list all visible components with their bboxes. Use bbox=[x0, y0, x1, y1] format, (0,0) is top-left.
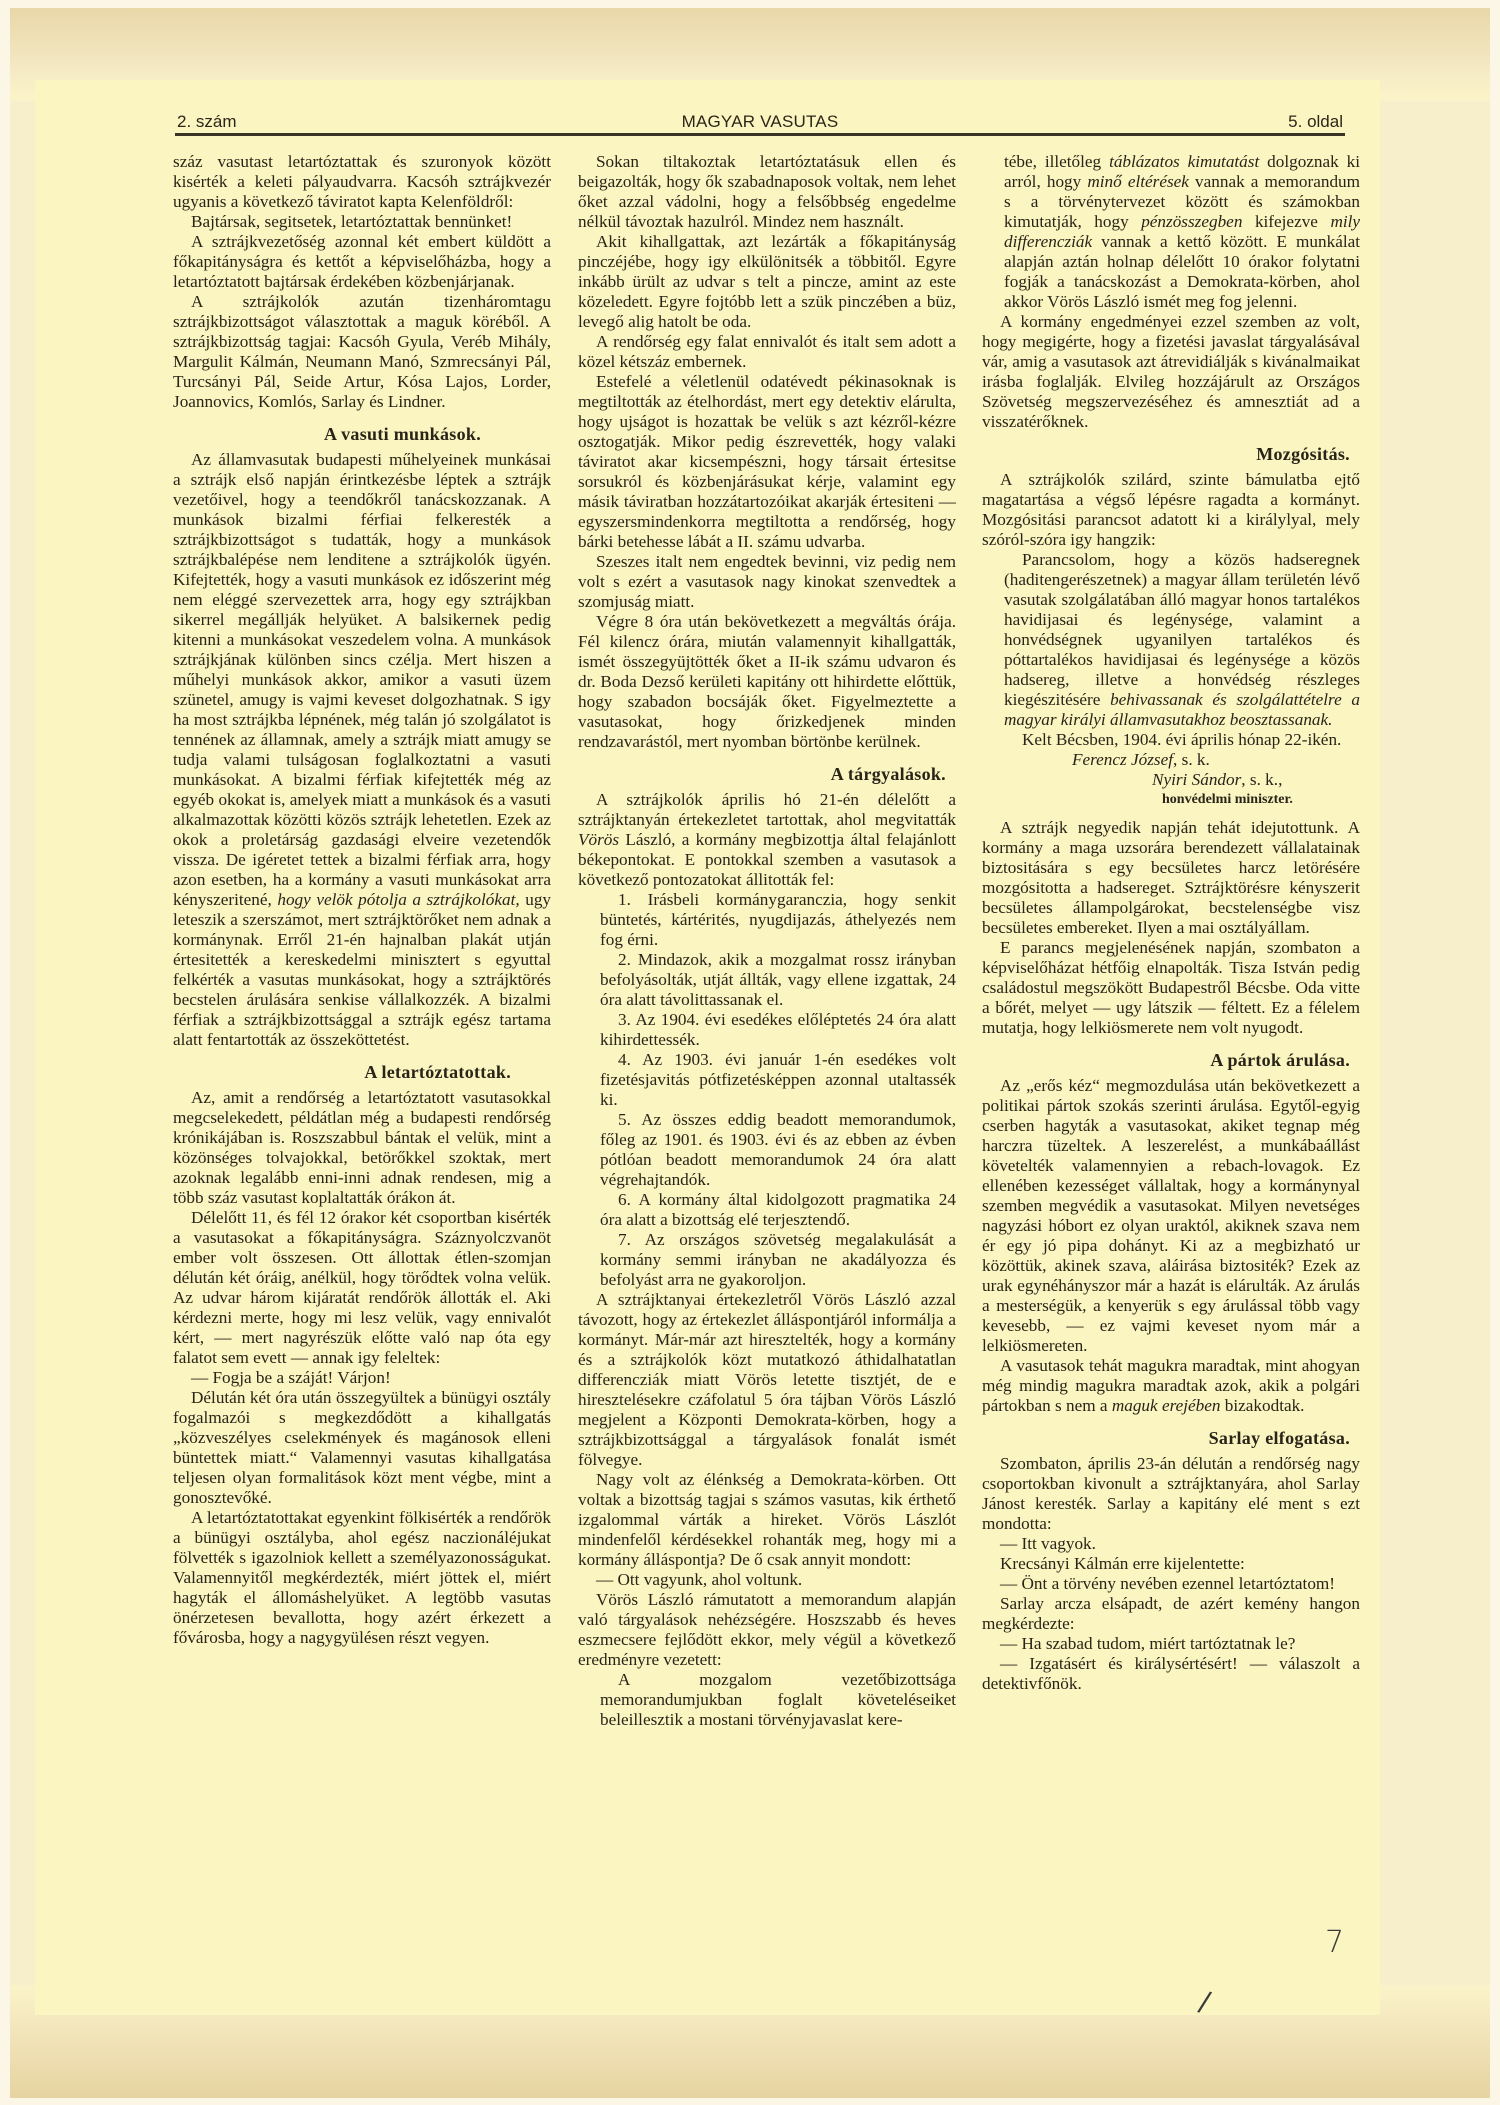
paragraph: Nagy volt az élénkség a Demokrata-körben… bbox=[578, 1470, 956, 1570]
paragraph: Szombaton, április 23-án délután a rendő… bbox=[982, 1454, 1360, 1534]
paragraph: Akit kihallgattak, azt lezárták a főkapi… bbox=[578, 232, 956, 332]
paragraph: A letartóztatottakat egyenkint fölkisért… bbox=[173, 1508, 551, 1648]
paragraph: A sztrájkolók azután tizenháromtagu sztr… bbox=[173, 292, 551, 412]
agreement-quote: A mozgalom vezetőbizottsága memorandumju… bbox=[578, 1670, 956, 1730]
text-run: Az államvasutak budapesti műhelyeinek mu… bbox=[173, 450, 551, 909]
dialogue-line: — Itt vagyok. bbox=[982, 1534, 1360, 1554]
signature-nyiri-sandor: Nyiri Sándor, s. k., bbox=[982, 770, 1360, 790]
signature-title: honvédelmi miniszter. bbox=[982, 790, 1360, 810]
section-heading-mozgositas: Mozgósitás. bbox=[982, 444, 1360, 464]
paragraph: A sztrájkolók szilárd, szinte bámulatba … bbox=[982, 470, 1360, 550]
paragraph: Az államvasutak budapesti műhelyeinek mu… bbox=[173, 450, 551, 1050]
italic-text: Vörös bbox=[578, 830, 619, 849]
paragraph: Délelőtt 11, és fél 12 órakor két csopor… bbox=[173, 1208, 551, 1368]
section-heading-sarlay-elfogatasa: Sarlay elfogatása. bbox=[982, 1428, 1360, 1448]
paragraph: A sztrájkvezetőség azonnal két embert kü… bbox=[173, 232, 551, 292]
newspaper-title: MAGYAR VASUTAS bbox=[175, 112, 1345, 132]
paragraph: A rendőrség egy falat ennivalót és italt… bbox=[578, 332, 956, 372]
paragraph: Végre 8 óra után bekövetkezett a megvált… bbox=[578, 612, 956, 752]
demand-item: 2. Mindazok, akik a mozgalmat rossz irán… bbox=[578, 950, 956, 1010]
column-1: száz vasutast letartóztattak és szuronyo… bbox=[173, 152, 551, 1648]
dialogue-line: — Izgatásért és királysértésért! — válas… bbox=[982, 1654, 1360, 1694]
signature-name: Ferencz József bbox=[1072, 750, 1173, 769]
dialogue-line: — Ha szabad tudom, miért tartóztatnak le… bbox=[982, 1634, 1360, 1654]
royal-decree-quote: Parancsolom, hogy a közös hadseregnek (h… bbox=[982, 550, 1360, 730]
demand-item: 1. Irásbeli kormánygaranczia, hogy senki… bbox=[578, 890, 956, 950]
section-heading-vasuti-munkasok: A vasuti munkások. bbox=[173, 424, 551, 444]
agreement-quote-continued: tébe, illetőleg táblázatos kimutatást do… bbox=[982, 152, 1360, 312]
section-heading-partok-arulasa: A pártok árulása. bbox=[982, 1050, 1360, 1070]
text-run: ugy leteszik a szerszámot, mert sztrájkt… bbox=[173, 890, 551, 1049]
demand-item: 4. Az 1903. évi január 1-én esedékes vol… bbox=[578, 1050, 956, 1110]
dialogue-line: — Ott vagyunk, ahol voltunk. bbox=[578, 1570, 956, 1590]
page-header: 2. szám MAGYAR VASUTAS 5. oldal bbox=[175, 107, 1345, 136]
paragraph: A sztrájk negyedik napján tehát idejutot… bbox=[982, 818, 1360, 938]
column-2: Sokan tiltakoztak letartóztatásuk ellen … bbox=[578, 152, 956, 1730]
text-run: tébe, illetőleg bbox=[1004, 152, 1101, 171]
italic-text: táblázatos kimutatást bbox=[1109, 152, 1259, 171]
paragraph: E parancs megjelenésének napján, szombat… bbox=[982, 938, 1360, 1038]
section-heading-targyalasok: A tárgyalások. bbox=[578, 764, 956, 784]
paragraph: Sarlay arcza elsápadt, de azért kemény h… bbox=[982, 1594, 1360, 1634]
dialogue-line: — Önt a törvény nevében ezennel letartóz… bbox=[982, 1574, 1360, 1594]
page-number: 5. oldal bbox=[1288, 112, 1343, 132]
paragraph: Délután két óra után összegyültek a bünü… bbox=[173, 1388, 551, 1508]
paragraph: A kormány engedményei ezzel szemben az v… bbox=[982, 312, 1360, 432]
paragraph: Az, amit a rendőrség a letartóztatott va… bbox=[173, 1088, 551, 1208]
demand-item: 7. Az országos szövetség megalakulását a… bbox=[578, 1230, 956, 1290]
text-run: Parancsolom, hogy a közös hadseregnek (h… bbox=[1004, 550, 1360, 709]
decree-date: Kelt Bécsben, 1904. évi április hónap 22… bbox=[982, 730, 1360, 750]
demand-item: 6. A kormány által kidolgozott pragmatik… bbox=[578, 1190, 956, 1230]
text-run: A sztrájkolók április hó 21-én délelőtt … bbox=[578, 790, 956, 829]
demands-list: 1. Irásbeli kormánygaranczia, hogy senki… bbox=[578, 890, 956, 1290]
signature-ferencz-jozsef: Ferencz József, s. k. bbox=[982, 750, 1360, 770]
paragraph: Sokan tiltakoztak letartóztatásuk ellen … bbox=[578, 152, 956, 232]
paragraph: A sztrájktanyai értekezletről Vörös Lász… bbox=[578, 1290, 956, 1470]
handwritten-page-number: 7 bbox=[1325, 1925, 1344, 1960]
signature-suffix: , s. k. bbox=[1173, 750, 1210, 769]
italic-text: pénzösszegben bbox=[1141, 212, 1242, 231]
paragraph: Szeszes italt nem engedtek bevinni, viz … bbox=[578, 552, 956, 612]
signature-name: Nyiri Sándor bbox=[1152, 770, 1241, 789]
dialogue-line: — Fogja be a száját! Várjon! bbox=[173, 1368, 551, 1388]
demand-item: 5. Az összes eddig beadott memorandumok,… bbox=[578, 1110, 956, 1190]
paragraph: Krecsányi Kálmán erre kijelentette: bbox=[982, 1554, 1360, 1574]
text-run: bizakodtak. bbox=[1225, 1396, 1305, 1415]
paragraph: Vörös László rámutatott a memorandum ala… bbox=[578, 1590, 956, 1670]
paragraph: száz vasutast letartóztattak és szuronyo… bbox=[173, 152, 551, 212]
column-3: tébe, illetőleg táblázatos kimutatást do… bbox=[982, 152, 1360, 1694]
text-run: kifejezve bbox=[1255, 212, 1318, 231]
section-heading-letartoztatottak: A letartóztatottak. bbox=[173, 1062, 551, 1082]
italic-text: hogy velök pótolja a sztrájkolókat, bbox=[277, 890, 519, 909]
text-run: László, a kormány megbizottja által fela… bbox=[578, 830, 956, 889]
paragraph: A sztrájkolók április hó 21-én délelőtt … bbox=[578, 790, 956, 890]
telegram-quote: Bajtársak, segitsetek, letartóztattak be… bbox=[173, 212, 551, 232]
italic-text: minő eltérések bbox=[1087, 172, 1189, 191]
italic-text: maguk erejében bbox=[1112, 1396, 1221, 1415]
signature-suffix: , s. k., bbox=[1241, 770, 1282, 789]
paragraph: Az „erős kéz“ megmozdulása után bekövetk… bbox=[982, 1076, 1360, 1356]
paragraph: A vasutasok tehát magukra maradtak, mint… bbox=[982, 1356, 1360, 1416]
demand-item: 3. Az 1904. évi esedékes előléptetés 24 … bbox=[578, 1010, 956, 1050]
paragraph: Estefelé a véletlenül odatévedt pékinaso… bbox=[578, 372, 956, 552]
